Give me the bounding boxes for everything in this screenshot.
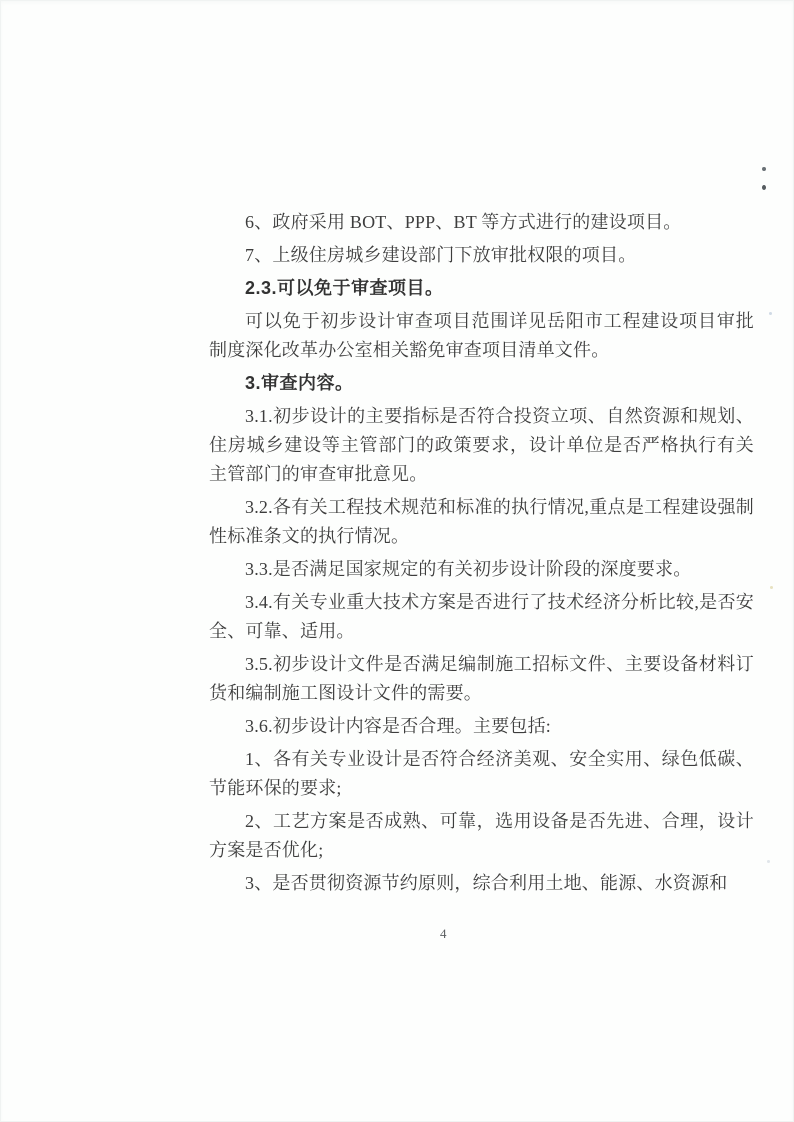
document-page: 6、政府采用 BOT、PPP、BT 等方式进行的建设项目。 7、上级住房城乡建设… xyxy=(0,0,794,1122)
page-number: 4 xyxy=(440,927,447,940)
list-item: 6、政府采用 BOT、PPP、BT 等方式进行的建设项目。 xyxy=(209,208,754,237)
paragraph: 3.5.初步设计文件是否满足编制施工招标文件、主要设备材料订货和编制施工图设计文… xyxy=(209,650,754,708)
list-item: 1、各有关专业设计是否符合经济美观、安全实用、绿色低碳、节能环保的要求; xyxy=(209,745,754,803)
paragraph: 3.4.有关专业重大技术方案是否进行了技术经济分析比较,是否安全、可靠、适用。 xyxy=(209,588,754,646)
paragraph: 可以免于初步设计审查项目范围详见岳阳市工程建设项目审批制度深化改革办公室相关豁免… xyxy=(209,307,754,365)
paragraph: 3.3.是否满足国家规定的有关初步设计阶段的深度要求。 xyxy=(209,555,754,584)
scan-speck xyxy=(762,185,766,190)
section-heading: 3.审查内容。 xyxy=(209,369,754,398)
scan-speck xyxy=(767,860,770,863)
scan-speck xyxy=(769,312,772,315)
list-item: 7、上级住房城乡建设部门下放审批权限的项目。 xyxy=(209,241,754,270)
section-heading: 2.3.可以免于审查项目。 xyxy=(209,274,754,303)
document-body: 6、政府采用 BOT、PPP、BT 等方式进行的建设项目。 7、上级住房城乡建设… xyxy=(209,208,754,902)
paragraph: 3.1.初步设计的主要指标是否符合投资立项、自然资源和规划、住房城乡建设等主管部… xyxy=(209,402,754,489)
paragraph: 3.2.各有关工程技术规范和标准的执行情况,重点是工程建设强制性标准条文的执行情… xyxy=(209,493,754,551)
paragraph: 3.6.初步设计内容是否合理。主要包括: xyxy=(209,712,754,741)
scan-speck xyxy=(770,586,773,589)
list-item: 2、工艺方案是否成熟、可靠，选用设备是否先进、合理，设计方案是否优化; xyxy=(209,807,754,865)
scan-speck xyxy=(762,167,766,171)
list-item: 3、是否贯彻资源节约原则，综合利用土地、能源、水资源和 xyxy=(209,869,754,898)
